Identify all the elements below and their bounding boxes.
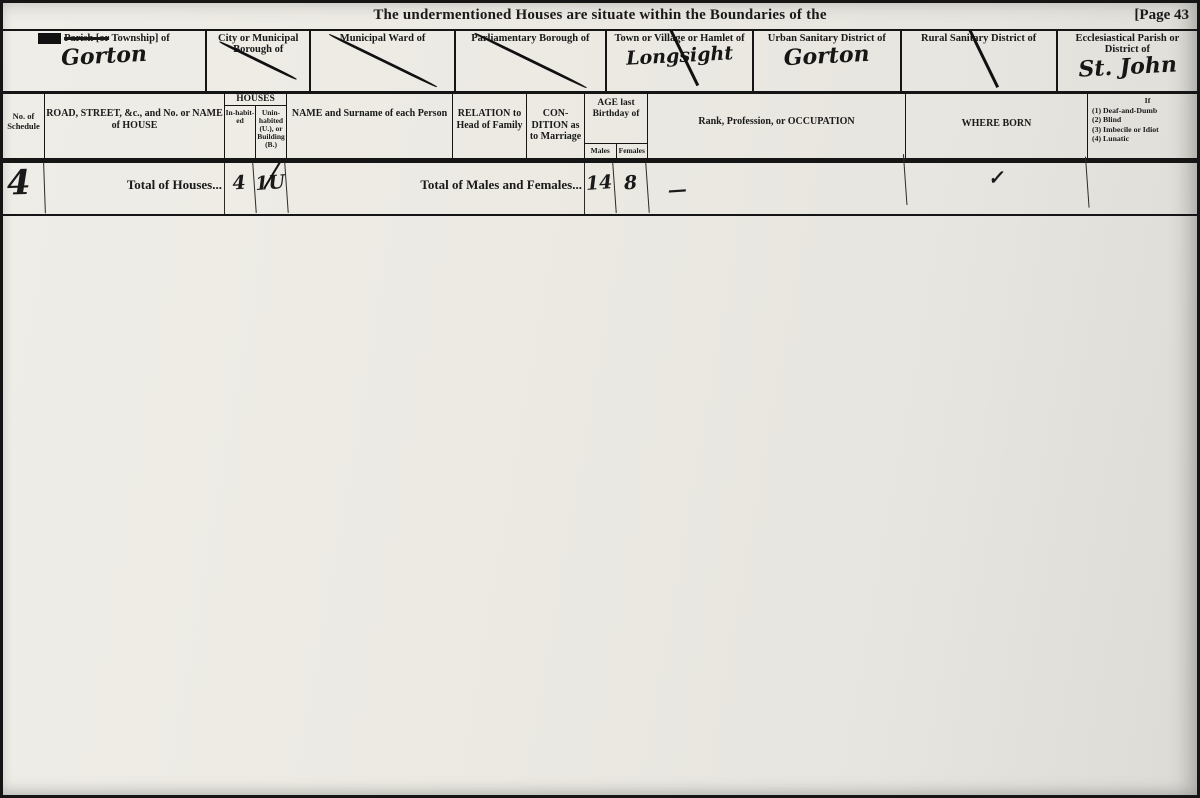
col-condition: CON-DITION as to Marriage [527,94,585,158]
header-box-parl-borough: Parliamentary Borough of [456,31,607,91]
col-age-title: AGE last Birthday of [585,94,647,143]
totals-houses-uninhabited: 1U [253,162,288,215]
totals-left-mark: 4 [2,162,46,214]
header-box-ward: Municipal Ward of [311,31,455,91]
totals-houses-label: Total of Houses... [45,163,225,214]
col-born: WHERE BORN [906,94,1088,158]
header-boxes: City Parish [or Township] of Gorton City… [3,31,1197,94]
col-houses-group: HOUSES In-habit-ed Unin-habited (U.), or… [225,94,287,158]
rural-district-label: Rural Sanitary District of [902,33,1056,44]
col-houses-title: HOUSES [225,94,286,106]
column-headers: No. of Schedule ROAD, STREET, &c., and N… [3,94,1197,161]
col-occupation: Rank, Profession, or OCCUPATION [648,94,906,158]
col-road: ROAD, STREET, &c., and No. or NAME of HO… [45,94,225,158]
totals-row: 4 Total of Houses... 4 1U Total of Males… [3,161,1197,216]
col-inhabited: In-habit-ed [225,106,256,158]
col-age-group: AGE last Birthday of Males Females [585,94,648,158]
col-name: NAME and Surname of each Person [287,94,453,158]
totals-houses-inhabited: 4 [223,162,256,215]
banner-title: The undermentioned Houses are situate wi… [3,7,1197,24]
header-box-ecclesiastical: Ecclesiastical Parish or District of St.… [1058,31,1197,91]
header-box-rural-district: Rural Sanitary District of [902,31,1058,91]
col-schedule: No. of Schedule [3,94,45,158]
header-box-parish: City Parish [or Township] of Gorton [3,31,207,91]
ecclesiastical-value: St. John [1058,51,1197,82]
col-relation: RELATION to Head of Family [453,94,527,158]
totals-occupation-dash: — [647,154,908,223]
col-uninhabited: Unin-habited (U.), or Building (B.) [256,106,286,158]
banner: The undermentioned Houses are situate wi… [3,3,1197,31]
page-number: [Page 43 [1134,7,1189,24]
urban-district-value: Gorton [754,40,900,72]
header-box-borough: City or Municipal Borough of [207,31,311,91]
col-age-males: Males [585,144,617,158]
col-age-females: Females [617,144,648,158]
totals-infirmity-cell [1088,163,1200,214]
col-infirmity: If (1) Deaf-and-Dumb (2) Blind (3) Imbec… [1088,94,1200,158]
header-box-urban-district: Urban Sanitary District of Gorton [754,31,901,91]
totals-mf-label: Total of Males and Females... [287,163,585,214]
totals-females: 8 [613,162,649,215]
header-box-town: Town or Village or Hamlet of Longsight [607,31,754,91]
totals-males: 14 [583,162,616,215]
census-page: The undermentioned Houses are situate wi… [0,0,1200,798]
totals-born-mark: ✓ [904,157,1089,221]
parish-label-blackout: City [38,33,61,44]
